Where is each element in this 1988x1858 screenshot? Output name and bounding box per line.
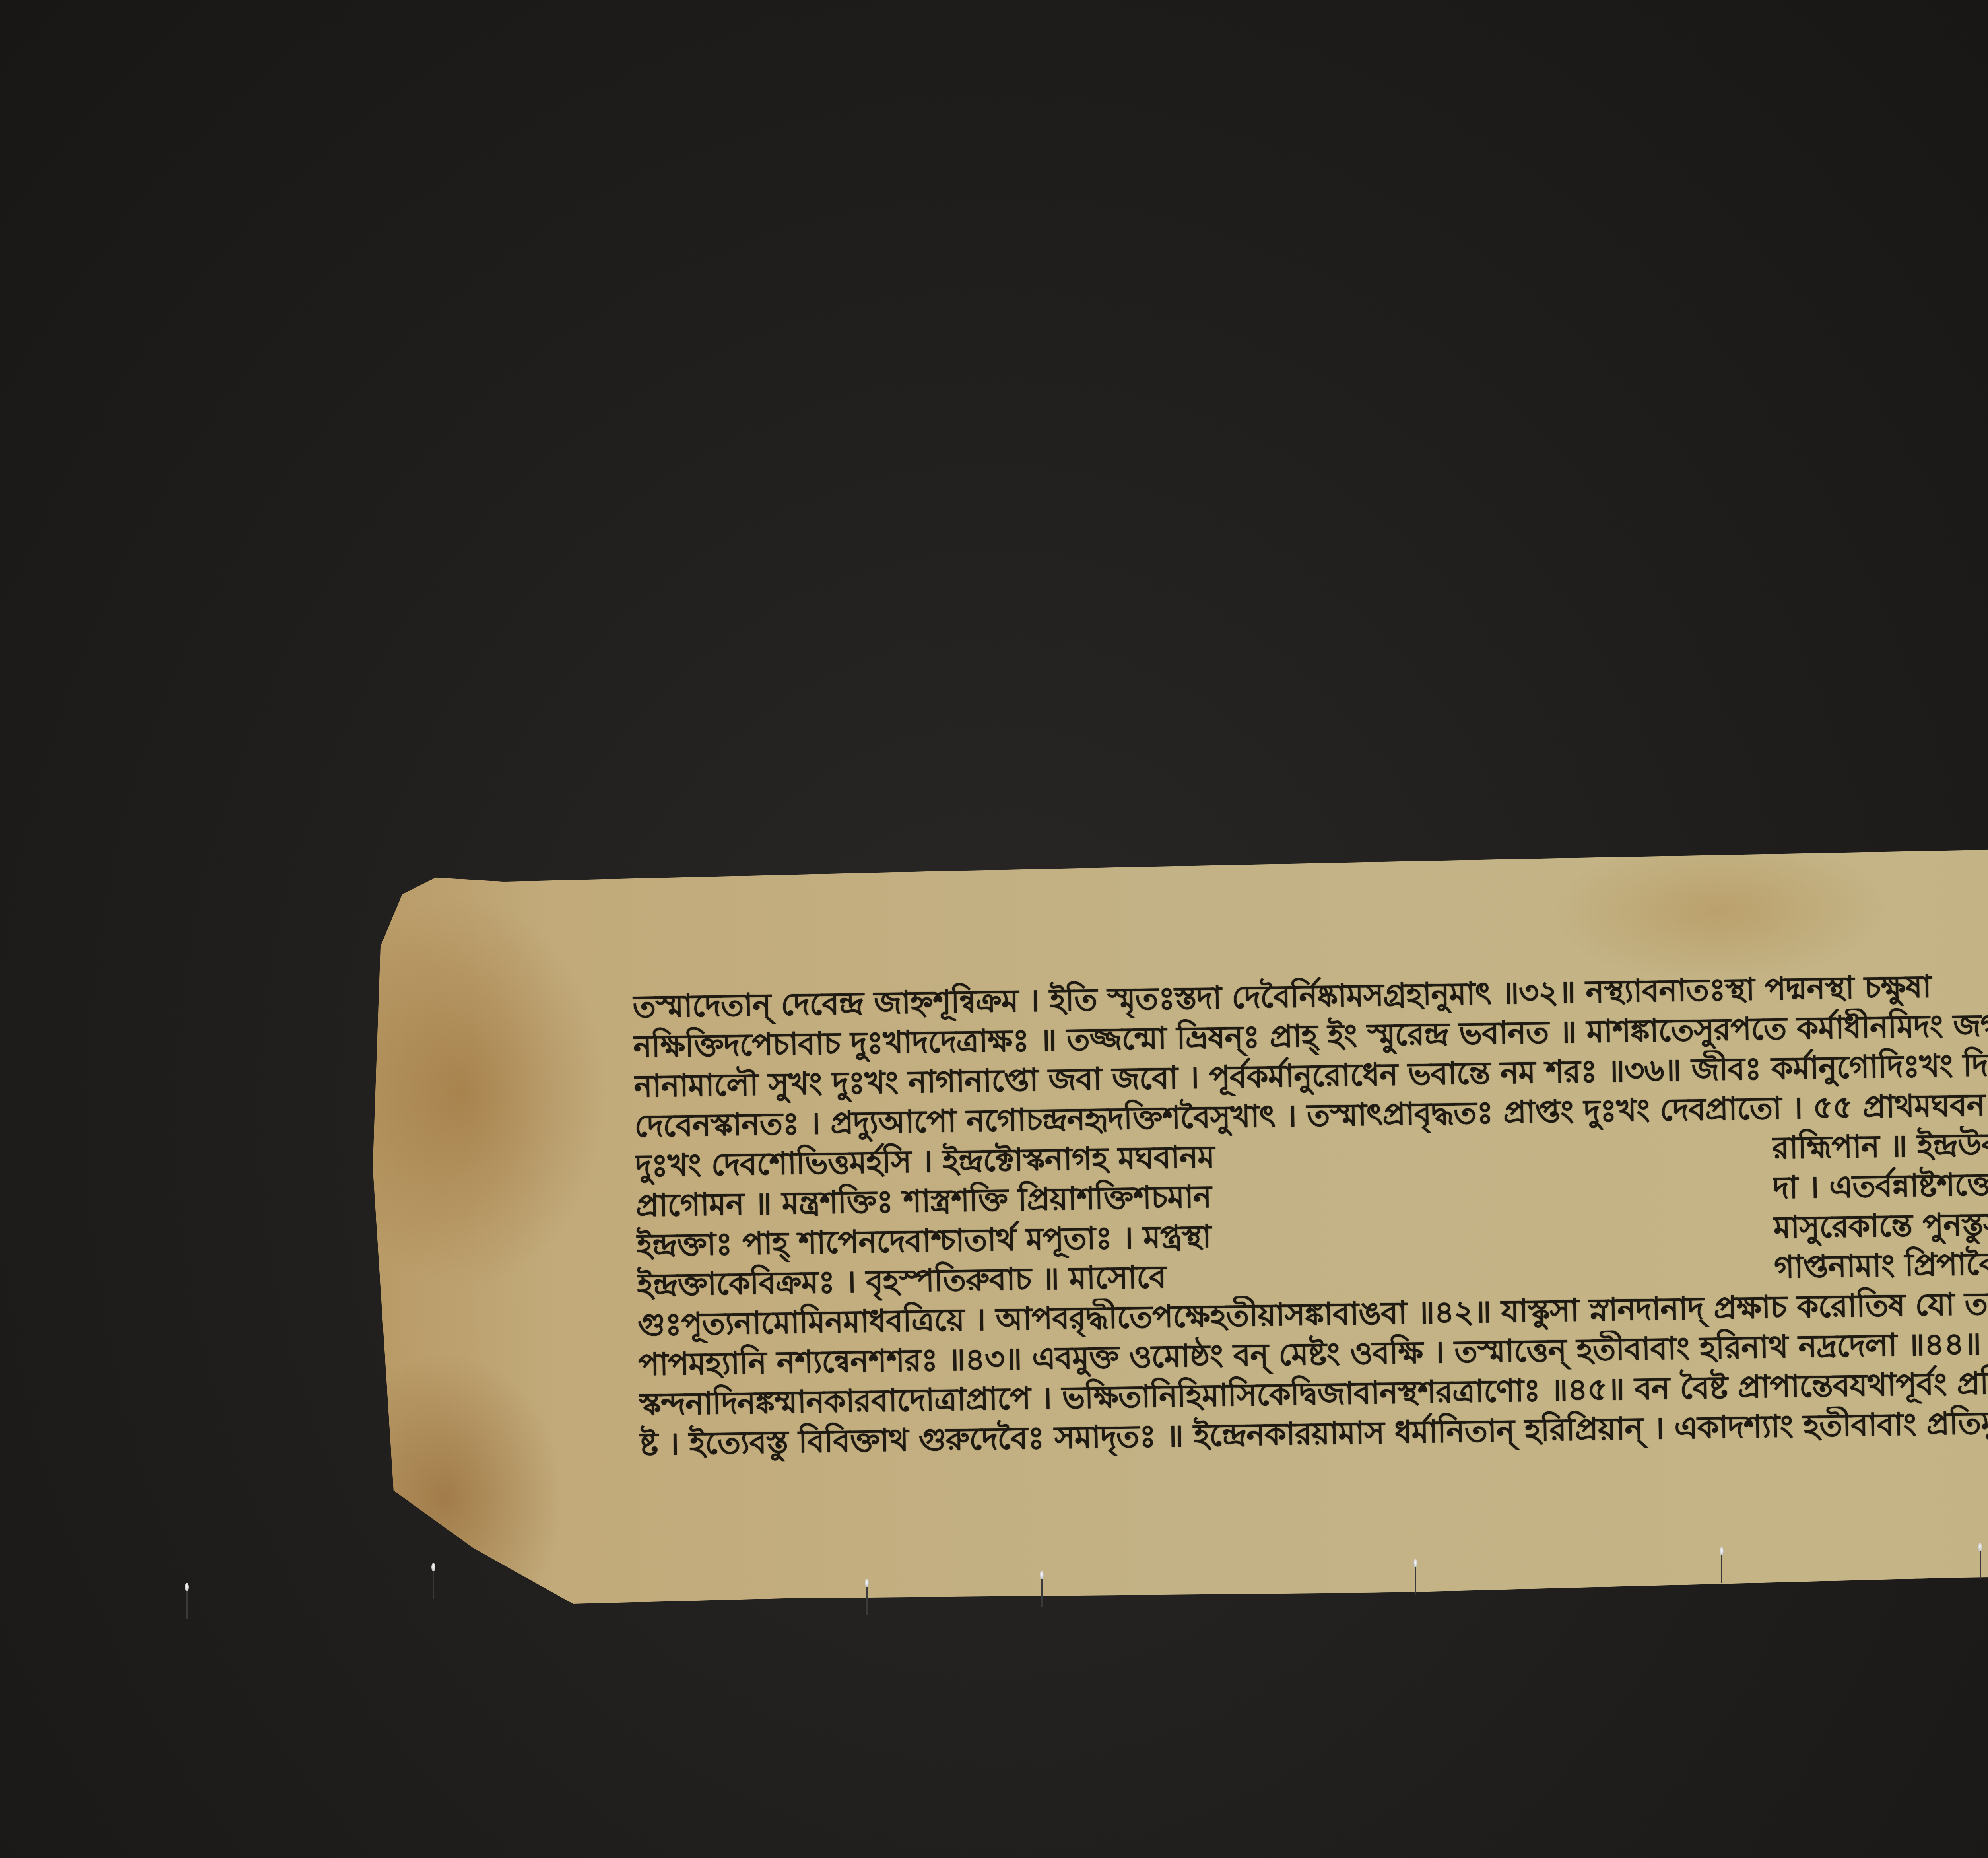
manuscript-text: তস্মাদেতান্ দেবেন্দ্র জাহ্নশূন্বিক্রম । … bbox=[632, 958, 1988, 1489]
pin-shaft bbox=[1721, 1555, 1722, 1583]
pin-head-icon bbox=[865, 1579, 869, 1588]
pin-shaft bbox=[1041, 1579, 1043, 1607]
pin-shaft bbox=[1980, 1551, 1981, 1579]
pin-shaft bbox=[186, 1591, 188, 1619]
pin-shaft bbox=[1415, 1567, 1416, 1595]
photograph: তস্মাদেতান্ দেবেন্দ্র জাহ্নশূন্বিক্রম । … bbox=[0, 0, 1988, 1858]
pin-head-icon bbox=[1413, 1559, 1417, 1568]
pin-head-icon bbox=[185, 1583, 189, 1592]
pin-shaft bbox=[866, 1587, 868, 1615]
pin-shaft bbox=[433, 1571, 434, 1599]
pin-head-icon bbox=[1040, 1571, 1044, 1580]
pin-head-icon bbox=[1978, 1543, 1982, 1552]
pin-head-icon bbox=[431, 1563, 435, 1572]
pin-head-icon bbox=[1720, 1547, 1724, 1556]
manuscript-folio: তস্মাদেতান্ দেবেন্দ্র জাহ্নশূন্বিক্রম । … bbox=[368, 838, 1988, 1609]
